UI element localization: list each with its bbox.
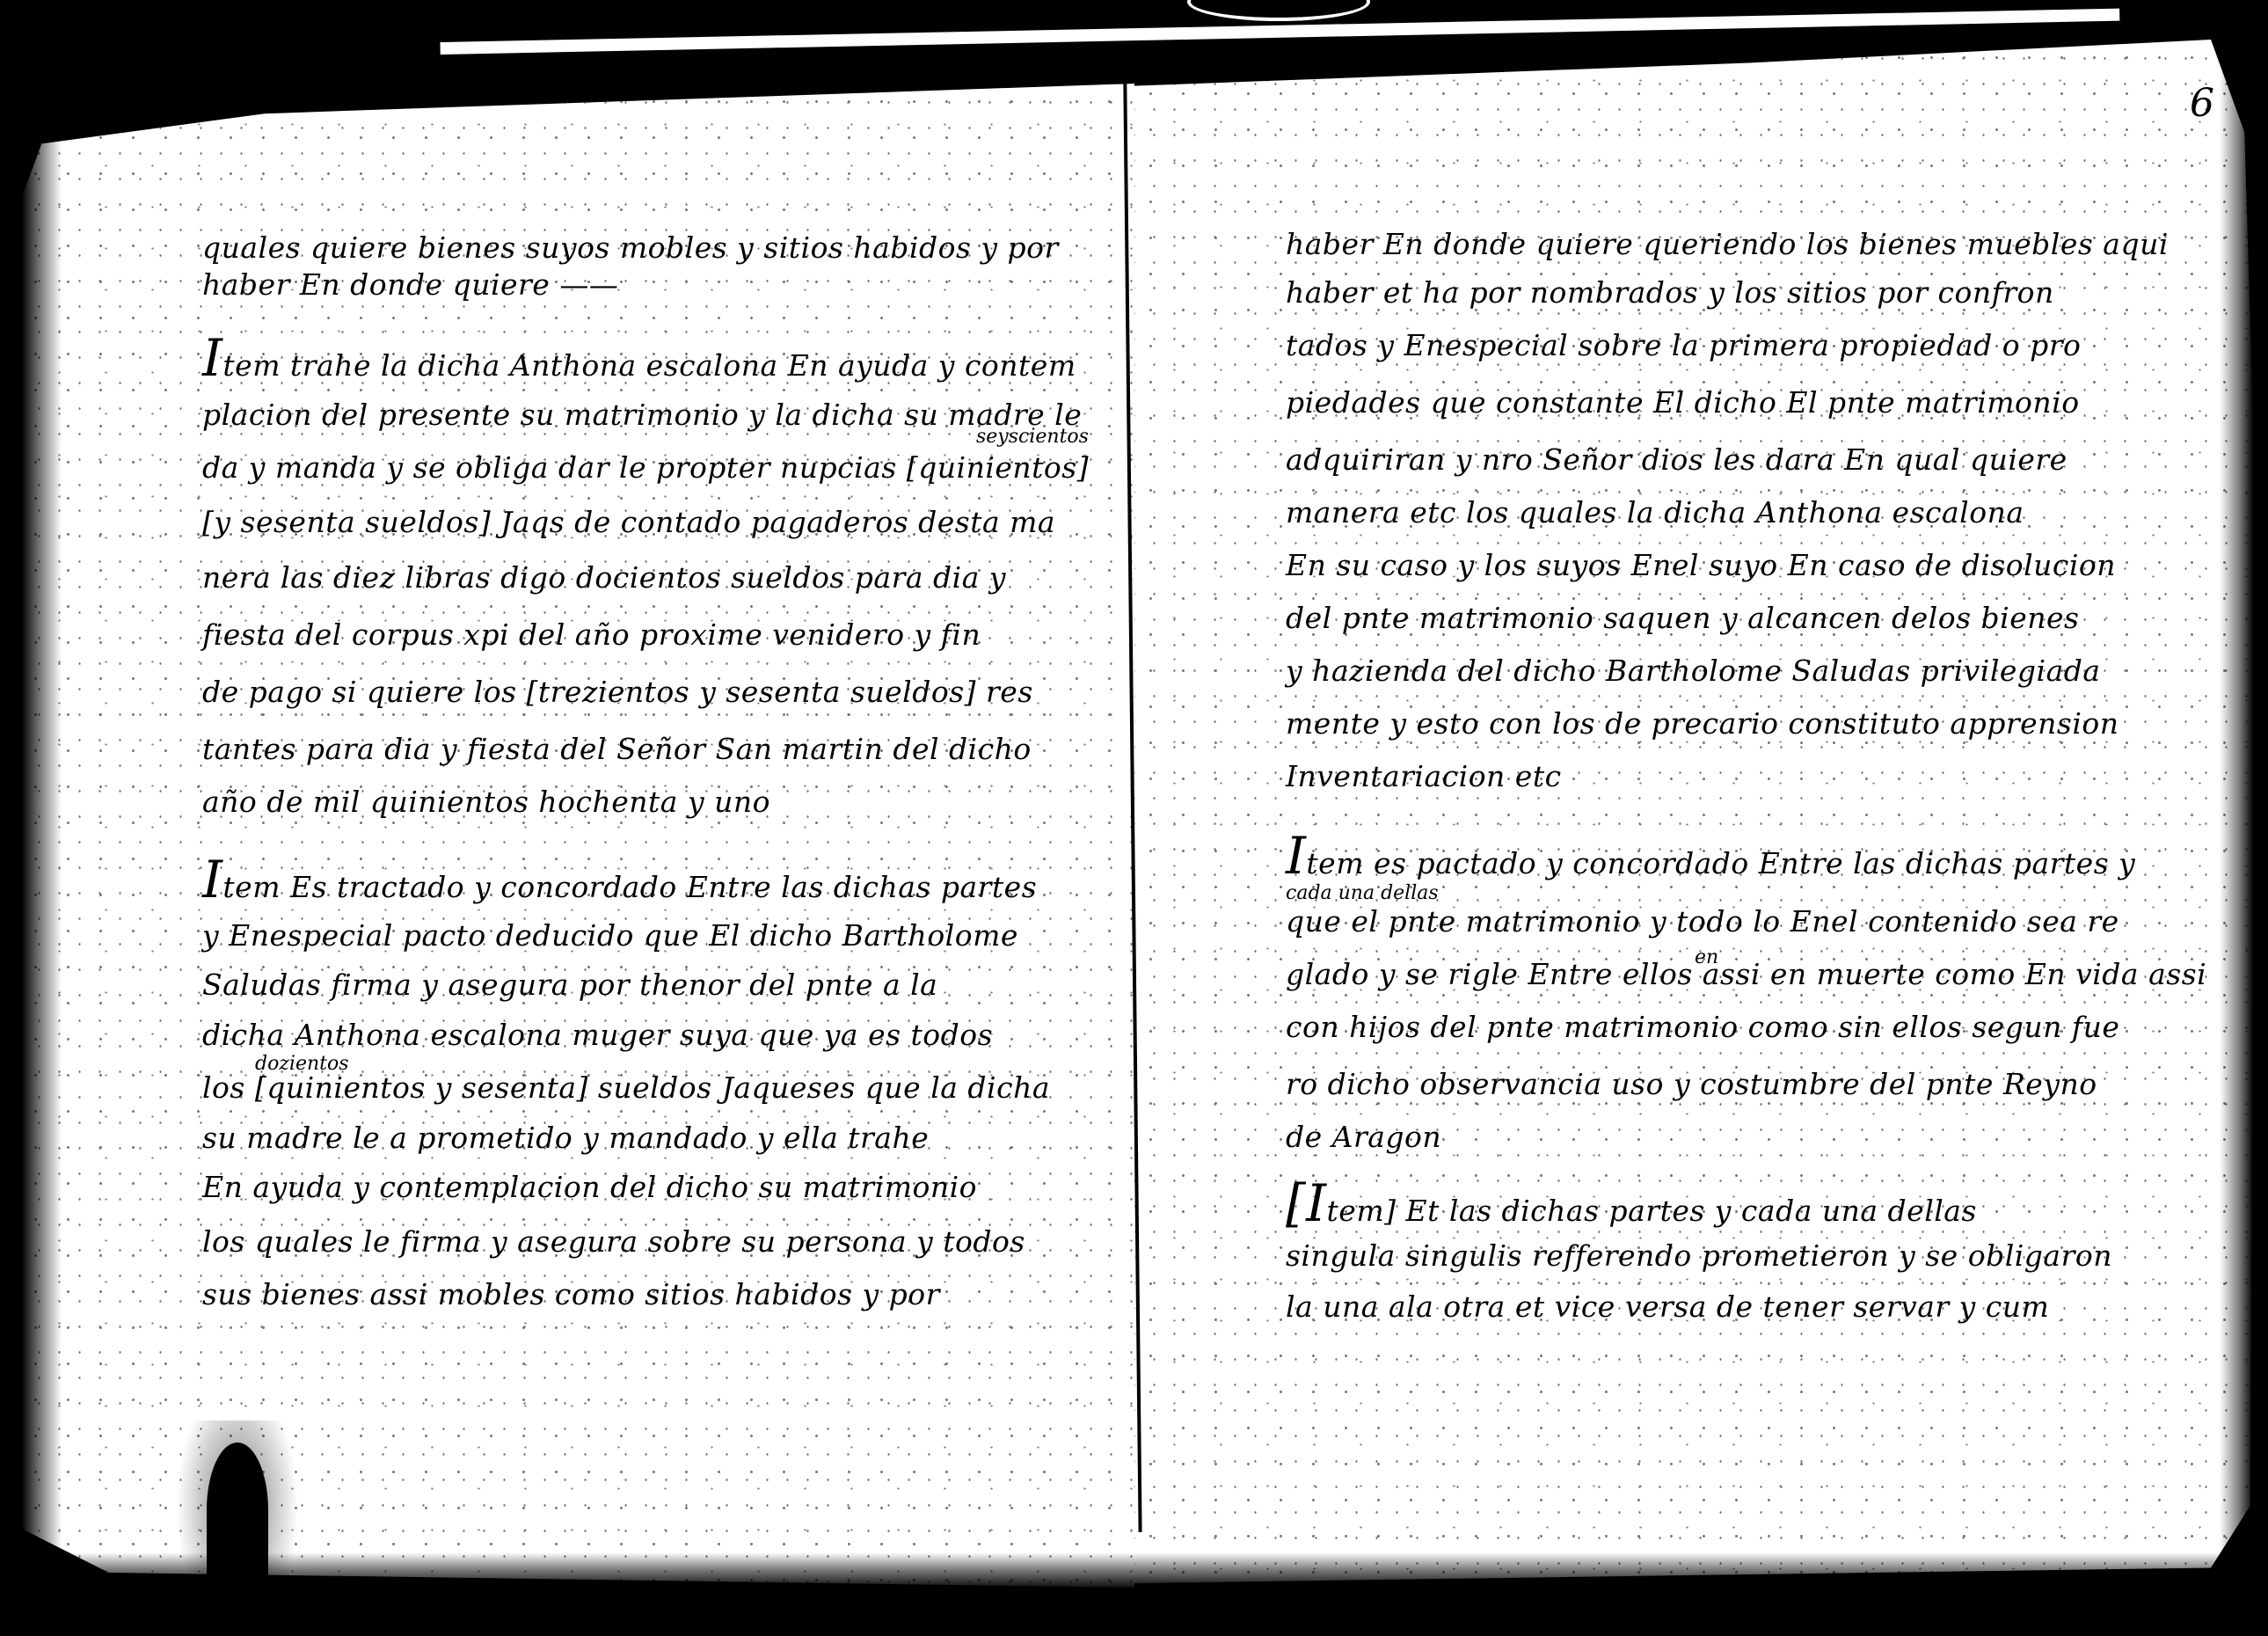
text-line: da y manda y se obliga dar le propter nu… <box>202 450 1089 486</box>
text-line: haber En donde quiere queriendo los bien… <box>1286 227 2169 262</box>
right-page <box>1134 40 2256 1583</box>
text-line: tados y Enespecial sobre la primera prop… <box>1286 328 2081 363</box>
text-line: placion del presente su matrimonio y la … <box>202 398 1082 433</box>
text-line: haber et ha por nombrados y los sitios p… <box>1286 275 2054 310</box>
text-line: Item Es tractado y concordado Entre las … <box>202 862 1037 905</box>
text-line: mente y esto con los de precario constit… <box>1286 706 2119 741</box>
interlinear-insertion: seyscientos <box>976 426 1089 448</box>
left-page <box>19 84 1134 1588</box>
text-line: de Aragon <box>1286 1120 1441 1155</box>
text-line: En ayuda y contemplacion del dicho su ma… <box>202 1170 977 1205</box>
binding-clasp <box>1187 0 1370 21</box>
text-line: nera las diez libras digo docientos suel… <box>202 560 1006 595</box>
text-line: año de mil quinientos hochenta y uno <box>202 785 770 820</box>
left-edge-shadow <box>0 79 62 1636</box>
text-line: Item es pactado y concordado Entre las d… <box>1286 838 2135 881</box>
text-line: la una ala otra et vice versa de tener s… <box>1286 1289 2049 1325</box>
text-line: singula singulis refferendo prometieron … <box>1286 1238 2112 1274</box>
text-line: y hazienda del dicho Bartholome Saludas … <box>1286 654 2101 689</box>
text-line: fiesta del corpus xpi del año proxime ve… <box>202 617 981 653</box>
text-line: ro dicho observancia uso y costumbre del… <box>1286 1067 2097 1102</box>
thumb-holding-page <box>207 1442 268 1636</box>
text-line: del pnte matrimonio saquen y alcancen de… <box>1286 601 2079 636</box>
bottom-edge-shadow <box>0 1552 2268 1636</box>
text-line: piedades que constante El dicho El pnte … <box>1286 385 2080 420</box>
paper-noise <box>1134 40 2256 1583</box>
text-line: haber En donde quiere —— <box>202 267 618 303</box>
text-line: y Enespecial pacto deducido que El dicho… <box>202 918 1018 953</box>
text-line: Item trahe la dicha Anthona escalona En … <box>202 340 1076 383</box>
scanned-manuscript: 6 quales quiere bienes suyos mobles y si… <box>0 0 2268 1636</box>
folio-number: 6 <box>2190 81 2214 126</box>
text-line: manera etc los quales la dicha Anthona e… <box>1286 495 2024 530</box>
text-line: quales quiere bienes suyos mobles y siti… <box>202 230 1059 266</box>
text-line: Inventariacion etc <box>1286 759 1562 794</box>
text-line: los [quinientos y sesenta] sueldos Jaque… <box>202 1070 1050 1106</box>
right-edge-shadow <box>2220 35 2268 1618</box>
paper-noise <box>19 84 1134 1588</box>
interlinear-insertion: cada una dellas <box>1286 882 1439 904</box>
text-line: sus bienes assi mobles como sitios habid… <box>202 1277 940 1312</box>
text-line: [Item] Et las dichas partes y cada una d… <box>1286 1186 1977 1229</box>
text-line: Saludas firma y asegura por thenor del p… <box>202 968 937 1003</box>
text-line: de pago si quiere los [trezientos y sese… <box>202 675 1033 710</box>
text-line: adquiriran y nro Señor dios les dara En … <box>1286 442 2067 478</box>
text-line: que el pnte matrimonio y todo lo Enel co… <box>1286 904 2119 939</box>
text-line: con hijos del pnte matrimonio como sin e… <box>1286 1010 2119 1045</box>
text-line: dicha Anthona escalona muger suya que ya… <box>202 1018 993 1053</box>
text-line: glado y se rigle Entre ellos assi en mue… <box>1286 957 2206 992</box>
text-line: tantes para dia y fiesta del Señor San m… <box>202 732 1032 767</box>
text-line: los quales le firma y asegura sobre su p… <box>202 1224 1025 1260</box>
text-line: su madre le a prometido y mandado y ella… <box>202 1121 929 1156</box>
text-line: En su caso y los suyos Enel suyo En caso… <box>1286 548 2116 583</box>
text-line: [y sesenta sueldos] Jaqs de contado paga… <box>202 505 1055 540</box>
